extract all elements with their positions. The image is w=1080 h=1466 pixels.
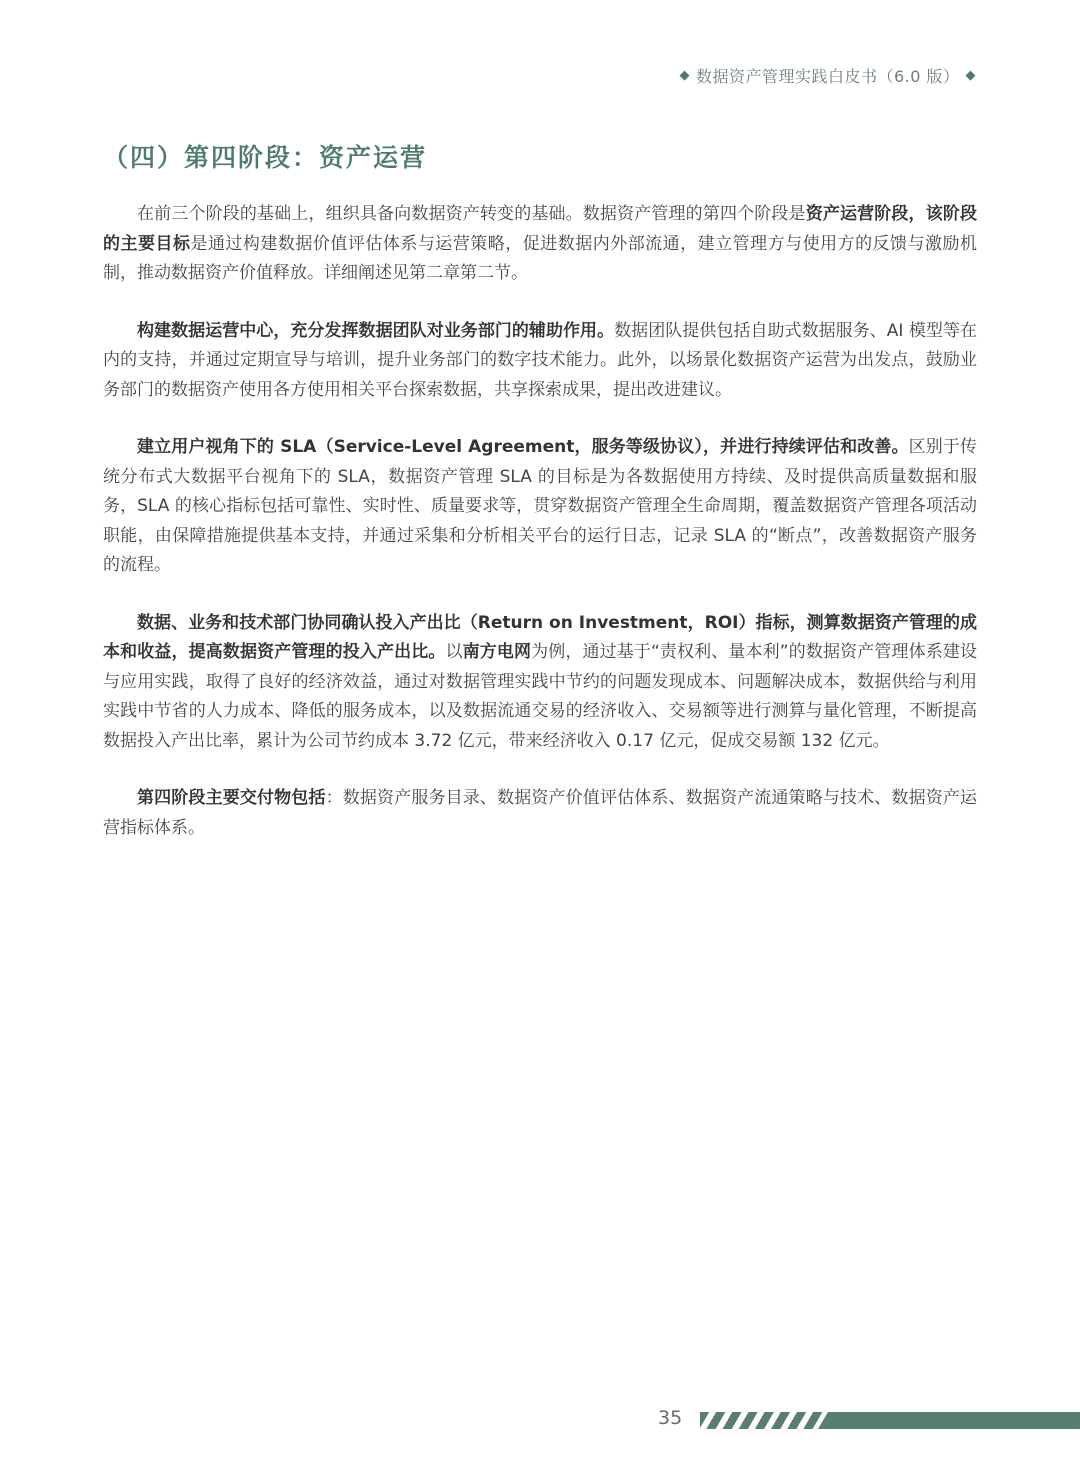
page-footer: 35 xyxy=(0,1407,1080,1435)
text-segment: 以 xyxy=(446,642,463,662)
body-content: 在前三个阶段的基础上，组织具备向数据资产转变的基础。数据资产管理的第四个阶段是资… xyxy=(103,200,977,871)
bold-segment: 建立用户视角下的 SLA（Service-Level Agreement，服务等… xyxy=(137,437,909,457)
paragraph-operations-center: 构建数据运营中心，充分发挥数据团队对业务部门的辅助作用。数据团队提供包括自助式数… xyxy=(103,317,977,406)
section-title: （四）第四阶段：资产运营 xyxy=(103,138,427,174)
page-number: 35 xyxy=(658,1407,682,1429)
paragraph-deliverables: 第四阶段主要交付物包括：数据资产服务目录、数据资产价值评估体系、数据资产流通策略… xyxy=(103,784,977,843)
diamond-icon: ◆ xyxy=(966,68,977,83)
paragraph-sla: 建立用户视角下的 SLA（Service-Level Agreement，服务等… xyxy=(103,433,977,581)
bold-segment: 构建数据运营中心，充分发挥数据团队对业务部门的辅助作用。 xyxy=(137,321,614,341)
text-segment: 区别于传统分布式大数据平台视角下的 SLA，数据资产管理 SLA 的目标是为各数… xyxy=(103,437,977,575)
decorative-stripes xyxy=(700,1412,822,1429)
document-title: 数据资产管理实践白皮书（6.0 版） xyxy=(696,64,960,87)
bold-segment: 第四阶段主要交付物包括 xyxy=(137,788,326,808)
decorative-bar xyxy=(818,1412,1080,1429)
bold-segment: 南方电网 xyxy=(463,642,532,662)
diamond-icon: ◆ xyxy=(679,68,690,83)
running-header: ◆ 数据资产管理实践白皮书（6.0 版） ◆ xyxy=(679,64,976,87)
paragraph-intro: 在前三个阶段的基础上，组织具备向数据资产转变的基础。数据资产管理的第四个阶段是资… xyxy=(103,200,977,289)
text-segment: 在前三个阶段的基础上，组织具备向数据资产转变的基础。数据资产管理的第四个阶段是 xyxy=(137,204,806,224)
text-segment: 是通过构建数据价值评估体系与运营策略，促进数据内外部流通，建立管理方与使用方的反… xyxy=(103,234,977,284)
paragraph-roi: 数据、业务和技术部门协同确认投入产出比（Return on Investment… xyxy=(103,609,977,757)
